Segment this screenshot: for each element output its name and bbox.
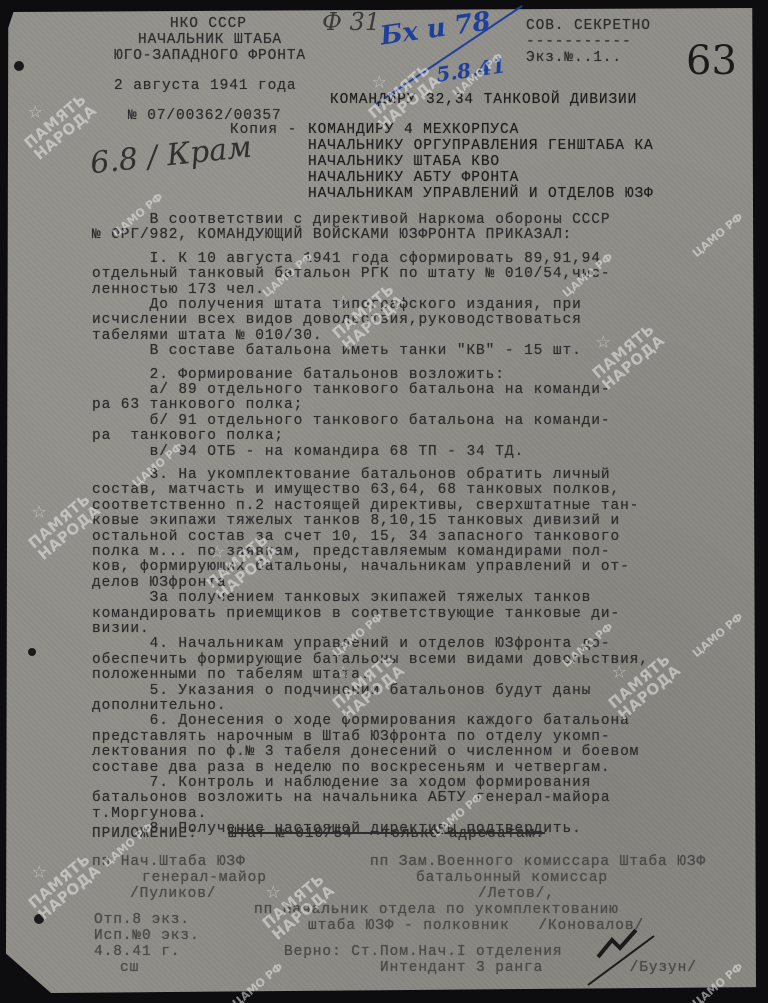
body-line: За получением танковых экипажей тяжелых … bbox=[92, 590, 591, 606]
copy-number: Экз.№..1.. bbox=[526, 50, 622, 66]
body-line: в/ 94 ОТБ - на командира 68 ТП - 34 ТД. bbox=[92, 444, 524, 460]
signature-right-rank: батальонный комиссар bbox=[416, 870, 608, 886]
body-line: В составе батальона иметь танки "КВ" - 1… bbox=[92, 343, 582, 359]
addressee: НАЧАЛЬНИКАМ УПРАВЛЕНИЙ И ОТДЕЛОВ ЮЗФ bbox=[308, 186, 654, 202]
body-line: состав, матчасть и имущество 63,64, 68 т… bbox=[92, 482, 620, 498]
punch-hole-middle bbox=[28, 648, 36, 656]
body-line: 4. Начальникам управлений и отделов ЮЗфр… bbox=[92, 636, 610, 652]
body-line: а/ 89 отдельного танкового батальона на … bbox=[92, 382, 610, 398]
addressee: НАЧАЛЬНИКУ ОРГУПРАВЛЕНИЯ ГЕНШТАБА КА bbox=[308, 138, 654, 154]
punch-hole-bottom bbox=[34, 914, 44, 924]
body-line: 5. Указания о подчинении батальонов буду… bbox=[92, 683, 591, 699]
footer-typist: сш bbox=[120, 960, 139, 976]
org-name: НКО СССР bbox=[170, 16, 247, 32]
signature-right-name: /Летов/, bbox=[478, 886, 555, 902]
footer-copies-sent: Отп.8 экз. bbox=[94, 912, 190, 928]
addressee: КОМАНДИРУ 32,34 ТАНКОВОЙ ДИВИЗИИ bbox=[330, 92, 637, 108]
signature-left-rank: генерал-майор bbox=[142, 870, 267, 886]
sender-front: ЮГО-ЗАПАДНОГО ФРОНТА bbox=[114, 48, 306, 64]
body-line: До получения штата типографского издания… bbox=[92, 297, 582, 313]
certified-line2: Интендант 3 ранга /Бузун/ bbox=[380, 960, 697, 976]
body-line: табелями штата № 010/30. bbox=[92, 328, 322, 344]
body-line: дополнительно. bbox=[92, 698, 226, 714]
body-line: ленностью 173 чел. bbox=[92, 282, 265, 298]
signature-left-title: пп Нач.Штаба ЮЗФ bbox=[92, 854, 246, 870]
addressee: НАЧАЛЬНИКУ ШТАБА КВО bbox=[308, 154, 500, 170]
body-line: б/ 91 отдельного танкового батальона на … bbox=[92, 413, 610, 429]
body-line: полка м... по заявкам, представляемым ко… bbox=[92, 544, 610, 560]
body-line: ра 63 танкового полка; bbox=[92, 397, 303, 413]
body-line: представлять нарочным в Штаб ЮЗфронта по… bbox=[92, 729, 610, 745]
signature-middle-name: штаба ЮЗФ - полковник /Коновалов/ bbox=[308, 918, 644, 934]
addressee: КОМАНДИРУ 4 МЕХКОРПУСА bbox=[308, 122, 519, 138]
classification-stamp: СОВ. СЕКРЕТНО bbox=[526, 18, 651, 34]
signature-right-title: пп Зам.Военного комиссара Штаба ЮЗФ bbox=[370, 854, 706, 870]
body-line: отдельный танковый батальон РГК по штату… bbox=[92, 266, 610, 282]
body-line: 7. Контроль и наблюдение за ходом формир… bbox=[92, 775, 591, 791]
body-line: исчислении всех видов довольствия,руково… bbox=[92, 312, 582, 328]
handwritten-corner-note: Ф 31 bbox=[322, 8, 380, 36]
body-line: обеспечить формирующие батальоны всеми в… bbox=[92, 652, 649, 668]
footer-date: 4.8.41 г. bbox=[94, 944, 180, 960]
body-line: I. К 10 августа 1941 года сформировать 8… bbox=[92, 251, 601, 267]
footer-copies-made: Исп.№0 экз. bbox=[94, 928, 200, 944]
body-line: ков, формирующих батальоны, начальникам … bbox=[92, 559, 630, 575]
body-line: остальной состав за счет 10, 15, 34 запа… bbox=[92, 529, 620, 545]
classification-dashes: ----------- bbox=[526, 34, 632, 50]
signature-middle-title: пп Начальник отдела по укомплектованию bbox=[254, 902, 619, 918]
body-line: лектования по ф.№ 3 табеля донесений о ч… bbox=[92, 744, 639, 760]
body-line: 3. На укомплектование батальонов обратит… bbox=[92, 467, 610, 483]
body-line: № ОРГ/982, КОМАНДУЮЩИЙ ВОЙСКАМИ ЮЗФРОНТА… bbox=[92, 227, 572, 243]
sender-position: НАЧАЛЬНИК ШТАБА bbox=[138, 32, 282, 48]
body-line: делов ЮЗфронта. bbox=[92, 575, 236, 591]
signature-left-name: /Пуликов/ bbox=[130, 886, 216, 902]
body-line: ковые экипажи тяжелых танков 8,10,15 тан… bbox=[92, 513, 620, 529]
addressee: НАЧАЛЬНИКУ АБТУ ФРОНТА bbox=[308, 170, 519, 186]
body-line: положенными по табелям штата. bbox=[92, 667, 370, 683]
body-line: батальонов возложить на начальника АБТУ … bbox=[92, 790, 610, 806]
body-line: командировать приемщиков в соответствующ… bbox=[92, 606, 620, 622]
body-line: т.Моргунова. bbox=[92, 806, 207, 822]
attachment-label: ПРИЛОЖЕНИЕ: bbox=[92, 826, 198, 842]
body-line: 6. Донесения о ходе формирования каждого… bbox=[92, 713, 630, 729]
punch-hole-top bbox=[14, 61, 24, 71]
body-line: 2. Формирование батальонов возложить: bbox=[92, 367, 505, 383]
body-line: составе два раза в неделю по воскресенья… bbox=[92, 760, 610, 776]
attachment-struck-text: Штат № 010/54 - только адресатам. bbox=[228, 826, 545, 842]
archive-page-number: 63 bbox=[686, 38, 737, 84]
body-line: В соответствии с директивой Наркома обор… bbox=[92, 212, 610, 228]
body-line: ра танкового полка; bbox=[92, 428, 284, 444]
certified-line1: Верно: Ст.Пом.Нач.I отделения bbox=[284, 944, 562, 960]
document-date: 2 августа 1941 года bbox=[114, 78, 296, 94]
body-line: соответственно п.2 настоящей директивы, … bbox=[92, 498, 639, 514]
body-line: визии. bbox=[92, 621, 150, 637]
